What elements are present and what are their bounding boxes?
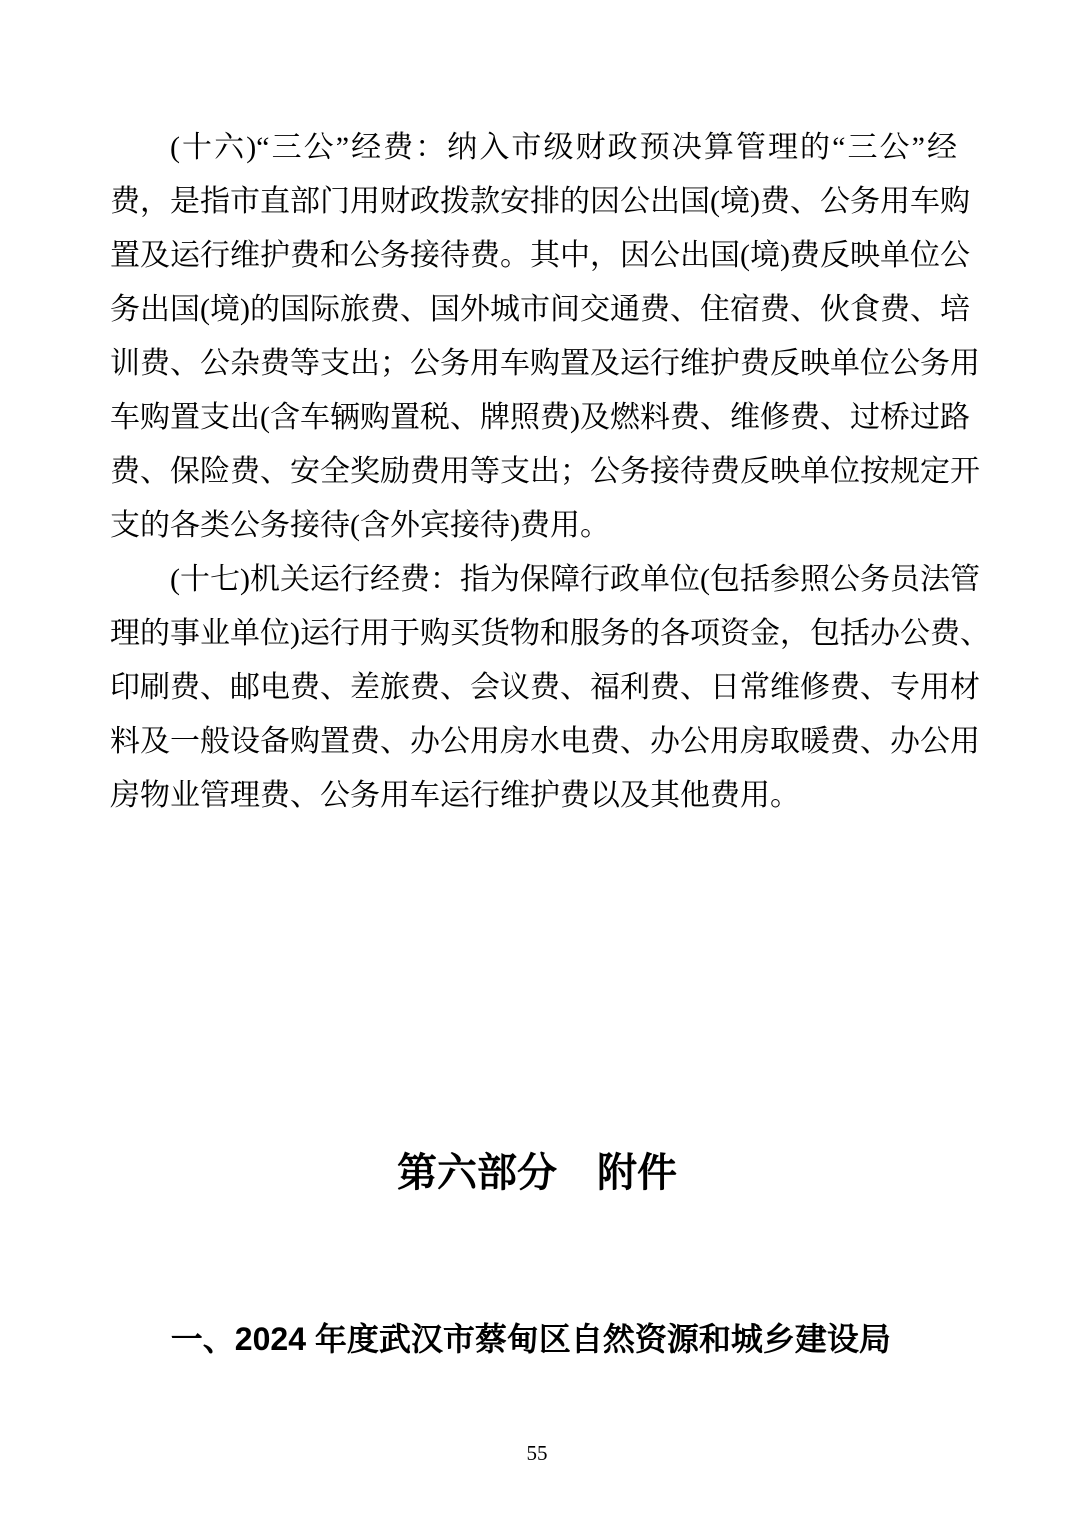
document-page: (十六)“三公”经费：纳入市级财政预决算管理的“三公”经费，是指市直部门用财政拨…	[0, 0, 1074, 1520]
text-line: 训费、公杂费等支出；公务用车购置及运行维护费反映单位公务用	[110, 337, 957, 391]
text-line: 房物业管理费、公务用车运行维护费以及其他费用。	[110, 769, 957, 823]
text-line: 料及一般设备购置费、办公用房水电费、办公用房取暖费、办公用	[110, 715, 957, 769]
text-line: 理的事业单位)运行用于购买货物和服务的各项资金，包括办公费、	[110, 607, 957, 661]
section-heading: 第六部分 附件	[0, 1145, 1074, 1201]
text-line: 费、保险费、安全奖励费用等支出；公务接待费反映单位按规定开	[110, 445, 957, 499]
page-number: 55	[0, 1440, 1074, 1466]
text-line: 车购置支出(含车辆购置税、牌照费)及燃料费、维修费、过桥过路	[110, 391, 957, 445]
text-line: 费，是指市直部门用财政拨款安排的因公出国(境)费、公务用车购	[110, 175, 957, 229]
text-line: 务出国(境)的国际旅费、国外城市间交通费、住宿费、伙食费、培	[110, 283, 957, 337]
paragraph-seventeen-operating-funds: (十七)机关运行经费：指为保障行政单位(包括参照公务员法管理的事业单位)运行用于…	[110, 553, 957, 823]
text-line: 置及运行维护费和公务接待费。其中，因公出国(境)费反映单位公	[110, 229, 957, 283]
text-line: 印刷费、邮电费、差旅费、会议费、福利费、日常维修费、专用材	[110, 661, 957, 715]
paragraph-sixteen-sangong: (十六)“三公”经费：纳入市级财政预决算管理的“三公”经费，是指市直部门用财政拨…	[110, 121, 957, 553]
text-line: 支的各类公务接待(含外宾接待)费用。	[110, 499, 957, 553]
text-line: (十七)机关运行经费：指为保障行政单位(包括参照公务员法管	[110, 553, 957, 607]
attachment-heading: 一、2024 年度武汉市蔡甸区自然资源和城乡建设局	[110, 1316, 957, 1362]
text-line: (十六)“三公”经费：纳入市级财政预决算管理的“三公”经	[110, 121, 957, 175]
body-text-block: (十六)“三公”经费：纳入市级财政预决算管理的“三公”经费，是指市直部门用财政拨…	[110, 121, 957, 823]
